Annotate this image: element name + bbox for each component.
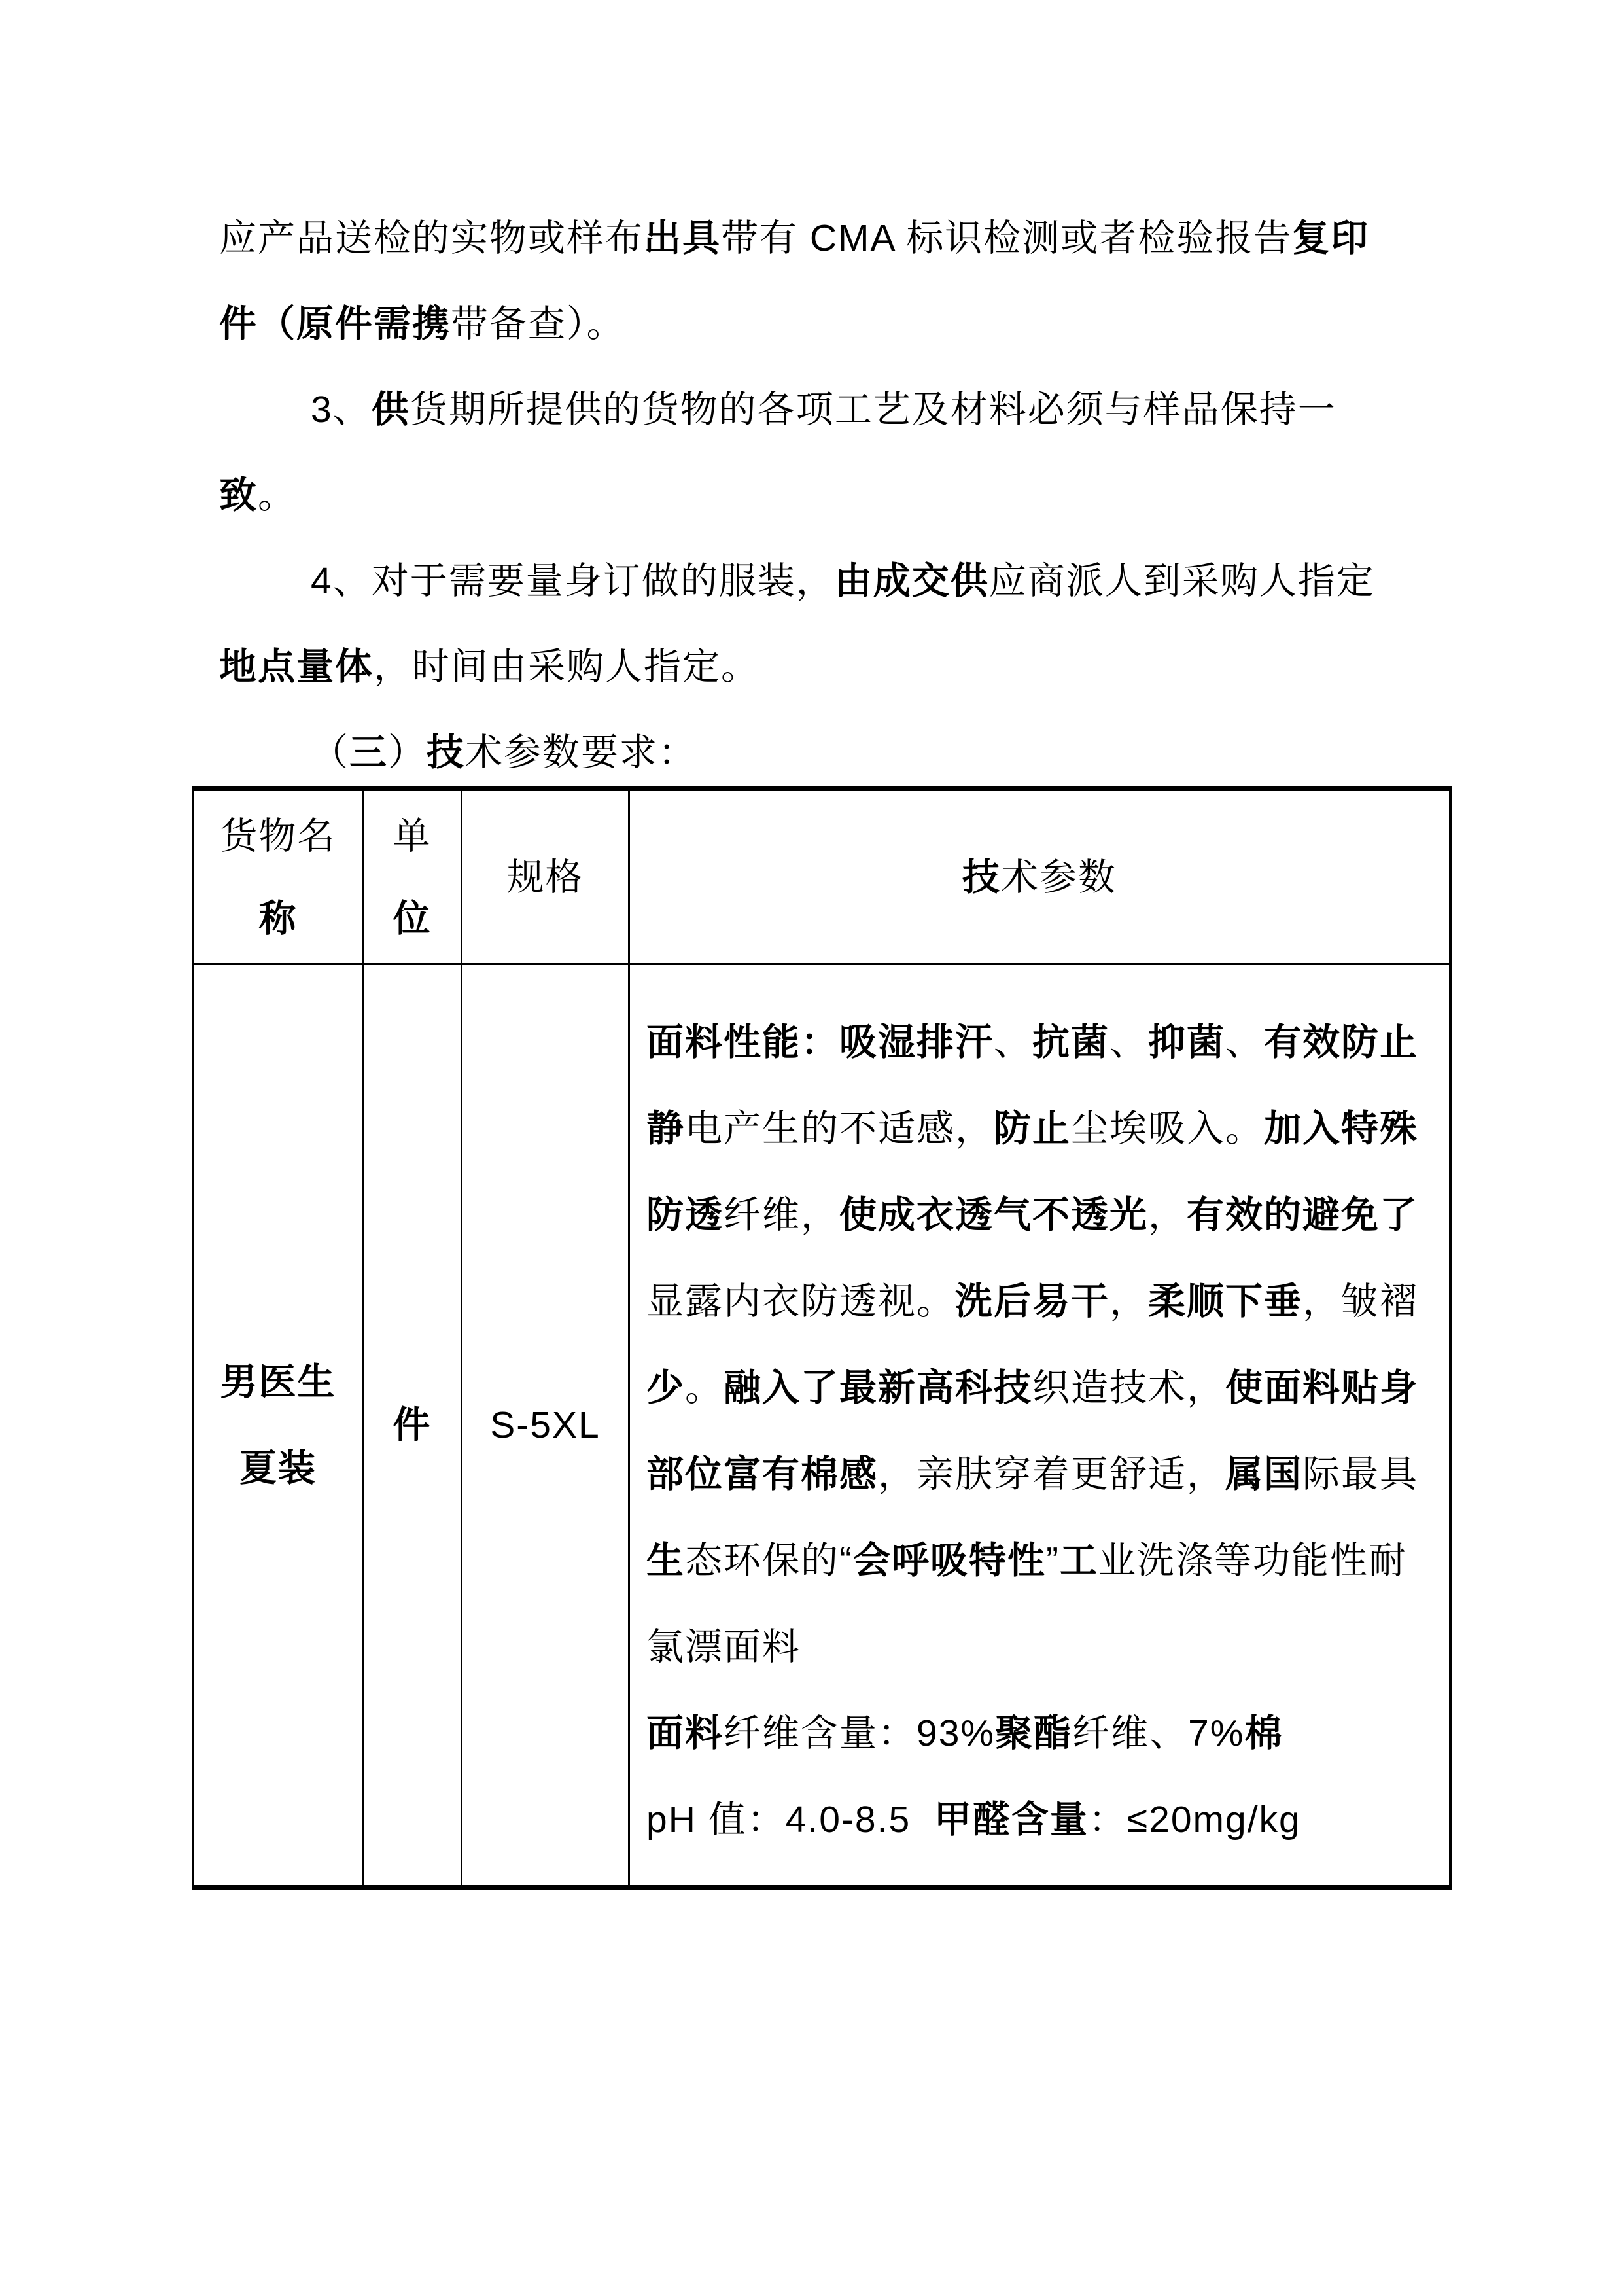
text-run: S-5XL <box>490 1404 600 1446</box>
text-line: 单 <box>393 795 432 877</box>
text-run: 洗后易干 <box>955 1280 1109 1322</box>
text-run: 生 <box>646 1540 685 1581</box>
text-run: 纤维、7% <box>1072 1712 1244 1754</box>
header-cell-spec: 规格 <box>462 791 630 965</box>
document-page: 应产品送检的实物或样布出具带有 CMA 标识检测或者检验报告复印件（原件需携带备… <box>0 0 1623 2296</box>
text-line: 少。融入了最新高科技织造技术，使面料贴身 <box>646 1345 1433 1431</box>
text-run: 技 <box>427 732 465 773</box>
text-run: 防透 <box>646 1194 724 1236</box>
text-line: 防透纤维，使成衣透气不透光，有效的避免了 <box>646 1172 1433 1258</box>
text-line: 显露内衣防透视。洗后易干，柔顺下垂，皱褶 <box>646 1258 1433 1345</box>
text-run: 棉 <box>1244 1712 1283 1754</box>
text-line: 面料纤维含量：93%聚酯纤维、7%棉 <box>646 1690 1433 1776</box>
text-run: 技 <box>962 857 1001 898</box>
text-line: 应产品送检的实物或样布出具带有 CMA 标识检测或者检验报告复印 <box>219 196 1406 281</box>
text-run: 规格 <box>507 857 584 898</box>
cell-unit: 件 <box>364 965 462 1885</box>
text-run: 显露内衣防透视。 <box>646 1280 955 1322</box>
text-run: 融入了最新高科技 <box>724 1367 1032 1409</box>
text-line: 地点量体，时间由采购人指定。 <box>219 624 1406 710</box>
text-run: 甲醛含量 <box>934 1799 1089 1841</box>
text-run: 属国 <box>1225 1453 1302 1495</box>
text-run: 、 <box>1225 1021 1264 1063</box>
text-line: 件（原件需携带备查）。 <box>219 281 1406 367</box>
text-line: 氯漂面料 <box>646 1604 1433 1690</box>
text-run: ，时间由采购人指定。 <box>374 646 759 688</box>
header-cell-tech-params: 技术参数 <box>630 791 1449 965</box>
text-line: 规格 <box>507 836 584 919</box>
text-line: 致。 <box>219 453 1406 539</box>
text-run: 织造技术， <box>1032 1367 1225 1409</box>
text-run: 部位富有棉感 <box>646 1453 878 1495</box>
text-run: 男医生 <box>220 1361 336 1403</box>
text-run: 纤维含量：93% <box>724 1712 995 1754</box>
text-line: 件 <box>393 1382 432 1468</box>
text-run: 称 <box>259 898 298 940</box>
text-line: 货物名 <box>220 795 336 877</box>
text-run: （ <box>311 732 349 773</box>
text-line: 位 <box>393 877 432 960</box>
body-text: 应产品送检的实物或样布出具带有 CMA 标识检测或者检验报告复印件（原件需携带备… <box>219 196 1406 796</box>
text-run: 抗菌 <box>1032 1021 1109 1063</box>
text-run: 。 <box>685 1367 724 1409</box>
text-line: 静电产生的不适感，防止尘埃吸入。加入特殊 <box>646 1086 1433 1172</box>
text-run: 供 <box>372 389 410 431</box>
text-run: 会呼吸特性 <box>853 1540 1046 1581</box>
header-cell-goods-name: 货物名称 <box>194 791 364 965</box>
text-run: 出具 <box>644 217 721 259</box>
text-line: 技术参数 <box>962 836 1117 919</box>
text-run: 聚酯 <box>995 1712 1072 1754</box>
text-run: 术参数要求： <box>465 732 697 773</box>
text-line: 生态环保的“会呼吸特性”工业洗涤等功能性耐 <box>646 1517 1433 1604</box>
cell-tech-params: 面料性能：吸湿排汗、抗菌、抑菌、有效防止静电产生的不适感，防止尘埃吸入。加入特殊… <box>630 965 1449 1885</box>
text-run: ：≤20mg/kg <box>1089 1799 1301 1841</box>
text-line: 4、对于需要量身订做的服装，由成交供应商派人到采购人指定 <box>219 539 1406 624</box>
text-run: ） <box>388 732 427 773</box>
text-line: 部位富有棉感，亲肤穿着更舒适，属国际最具 <box>646 1431 1433 1517</box>
cell-spec: S-5XL <box>462 965 630 1885</box>
cell-goods-name: 男医生夏装 <box>194 965 364 1885</box>
text-line: 面料性能：吸湿排汗、抗菌、抑菌、有效防止 <box>646 999 1433 1086</box>
spec-table: 货物名称 单位 规格 技术参数 男医生夏装 件 S-5XL 面料性能：吸湿排汗、… <box>192 786 1452 1890</box>
text-run: 4、对于需要量身订做的服装， <box>311 560 835 602</box>
header-cell-unit: 单位 <box>364 791 462 965</box>
text-run: 态环保的“ <box>685 1540 853 1581</box>
text-run: 工 <box>1060 1540 1098 1581</box>
text-run: 夏装 <box>239 1447 317 1489</box>
text-run: ，亲肤穿着更舒适， <box>878 1453 1225 1495</box>
text-run: 加入特殊 <box>1264 1108 1418 1150</box>
text-run: 有效的避免了 <box>1187 1194 1418 1236</box>
text-run: 业洗涤等功能性耐 <box>1098 1540 1407 1581</box>
text-run: 、 <box>994 1021 1032 1063</box>
text-run: 使面料贴身 <box>1225 1367 1418 1409</box>
text-run: 带有 CMA 标识检测或者检验报告 <box>721 217 1292 259</box>
text-line: （三）技术参数要求： <box>219 710 1406 796</box>
text-run: 静 <box>646 1108 685 1150</box>
text-run: 、 <box>1109 1021 1148 1063</box>
text-run: 防止 <box>994 1108 1071 1150</box>
text-run: 少 <box>646 1367 685 1409</box>
text-run: 柔顺下垂 <box>1148 1280 1302 1322</box>
text-run: 位 <box>393 898 432 940</box>
text-run: 纤维， <box>724 1194 839 1236</box>
text-line: S-5XL <box>490 1382 600 1468</box>
text-run: 。 <box>258 474 296 516</box>
text-line: 夏装 <box>239 1425 317 1511</box>
text-run: 由成交供 <box>835 560 989 602</box>
text-run: 复印 <box>1292 217 1369 259</box>
text-line: 3、供货期所提供的货物的各项工艺及材料必须与样品保持一 <box>219 367 1406 453</box>
text-run: ” <box>1046 1540 1060 1581</box>
text-run: pH 值：4.0-8.5 <box>646 1799 934 1841</box>
text-run: 氯漂面料 <box>646 1626 801 1668</box>
text-run: 件 <box>393 1404 432 1446</box>
text-run: 有效防止 <box>1264 1021 1418 1063</box>
text-run: 应商派人到采购人指定 <box>989 560 1375 602</box>
text-run: 使成衣透气不透光 <box>839 1194 1148 1236</box>
text-run: 3、 <box>311 389 372 431</box>
text-run: 带备查）。 <box>451 303 625 345</box>
text-run: ， <box>1109 1280 1148 1322</box>
text-run: 应产品送检的实物或样布 <box>219 217 644 259</box>
text-run: 单 <box>393 815 432 857</box>
text-line: 称 <box>259 877 298 960</box>
text-run: 术参数 <box>1001 857 1117 898</box>
text-run: 尘埃吸入。 <box>1071 1108 1264 1150</box>
text-run: 面料性能：吸湿排汗 <box>646 1021 994 1063</box>
text-line: pH 值：4.0-8.5 甲醛含量：≤20mg/kg <box>646 1776 1433 1863</box>
text-run: 面料 <box>646 1712 724 1754</box>
text-run: 致 <box>219 474 258 516</box>
text-line: 男医生 <box>220 1339 336 1425</box>
text-run: 地点量体 <box>219 646 374 688</box>
text-run: 货期所提供的货物的各项工艺及材料必须与样品保持一 <box>410 389 1336 431</box>
text-run: ，皱褶 <box>1302 1280 1418 1322</box>
text-run: 货物名 <box>220 815 336 857</box>
text-run: 件（原件需携 <box>219 303 451 345</box>
text-run: 际最具 <box>1302 1453 1418 1495</box>
text-run: 电产生的不适感， <box>685 1108 994 1150</box>
text-run: 三 <box>349 732 388 773</box>
text-run: ， <box>1148 1194 1187 1236</box>
text-run: 抑菌 <box>1148 1021 1225 1063</box>
